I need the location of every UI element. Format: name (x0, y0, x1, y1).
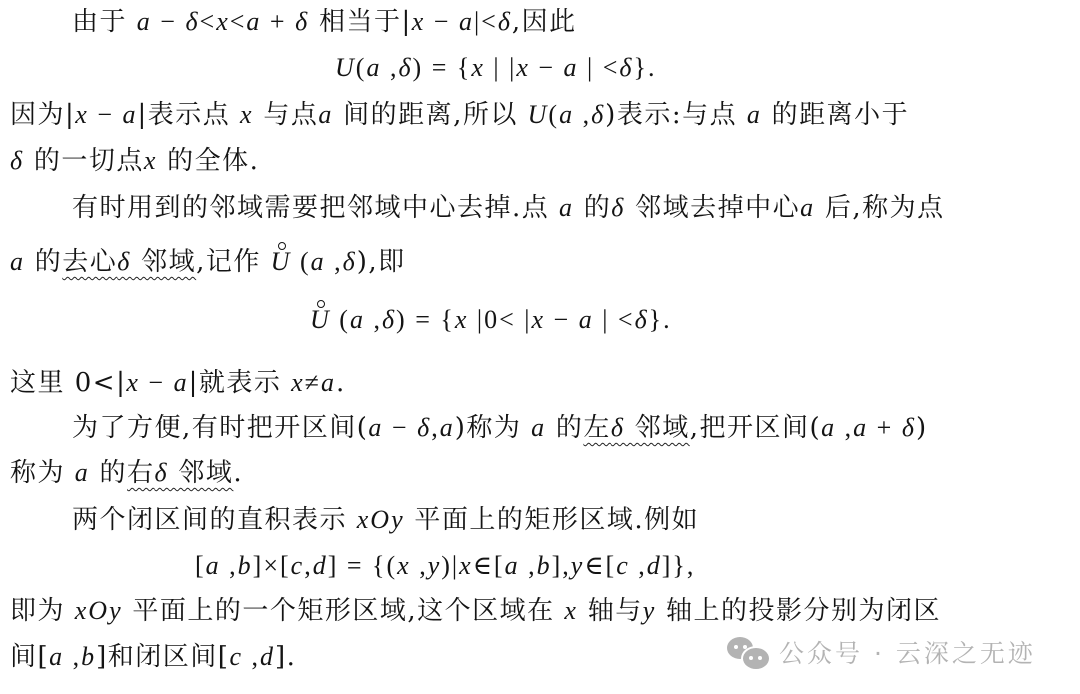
math: [ (195, 551, 206, 580)
math: x (397, 551, 411, 580)
term-left-neighborhood: 左δ 邻域 (583, 413, 689, 443)
math: y (428, 551, 442, 580)
text: |就表示 (189, 368, 292, 398)
math: ) = { (396, 305, 455, 334)
text-line-6: a 的去心δ 邻域,记作 U (a ,δ),即 (10, 245, 406, 279)
math: , (243, 642, 260, 671)
text: 左 (583, 413, 611, 443)
text: 间[ (10, 642, 49, 672)
math: < (200, 7, 217, 36)
math: x (564, 596, 578, 625)
math: x (459, 551, 473, 580)
text-line-1: 由于 a − δ<x<a + δ 相当于|x − a|<δ,因此 (72, 5, 577, 39)
text: |表示点 (137, 100, 240, 130)
math: δ (343, 247, 357, 276)
formula-cartesian-product: [a ,b]×[c,d] = {(x ,y)|x∈[a ,b],y∈[c ,d]… (195, 549, 695, 583)
math: ( (356, 53, 367, 82)
math: d (313, 551, 328, 580)
text: . (233, 458, 243, 488)
math: δ (417, 413, 431, 442)
watermark-text: 公众号 · 云深之无迹 (779, 634, 1036, 670)
text-line-8: 这里 0<|x − a|就表示 x≠a. (10, 366, 346, 400)
text: 的距离小于 (762, 100, 909, 130)
math: ≠ (305, 368, 321, 397)
math: a (10, 247, 25, 276)
math: a (853, 413, 868, 442)
math: a (49, 642, 64, 671)
math: − (383, 413, 417, 442)
math: U (528, 100, 549, 129)
math: x (216, 7, 230, 36)
text: 由于 (72, 7, 137, 37)
text: 即为 (10, 596, 75, 626)
math: }. (649, 305, 672, 334)
text: 邻域去掉中心 (625, 193, 800, 223)
math: x (75, 100, 89, 129)
text: ,记作 (196, 247, 271, 277)
math: δ (619, 53, 633, 82)
math: a (206, 551, 221, 580)
math: a (368, 413, 383, 442)
text: 平面上的矩形区域.例如 (405, 505, 700, 535)
math: δ (10, 146, 24, 175)
math: a (505, 551, 520, 580)
term-deleted-neighborhood: 去心δ 邻域 (62, 247, 196, 277)
math: a (311, 247, 326, 276)
math: a (564, 53, 579, 82)
math-U-ring: U (310, 303, 331, 337)
text-line-13: 即为 xOy 平面上的一个矩形区域,这个区域在 x 轴与y 轴上的投影分别为闭区 (10, 594, 941, 628)
text: ),即 (357, 247, 406, 277)
math: δ (295, 7, 309, 36)
math: < (230, 7, 247, 36)
math: a (318, 100, 333, 129)
math: , (221, 551, 238, 580)
math: , (520, 551, 537, 580)
math: x (516, 53, 530, 82)
math: a (459, 7, 474, 36)
text: . (336, 368, 346, 398)
math: − (140, 368, 174, 397)
formula-neighborhood: U(a ,δ) = {x | |x − a | <δ}. (335, 51, 657, 85)
math: a (75, 458, 90, 487)
text: ,把开区间( (690, 413, 821, 443)
math: ]×[ (253, 551, 291, 580)
math: a (821, 413, 836, 442)
text: 相当于| (309, 7, 412, 37)
math: , (411, 551, 428, 580)
math: | < (579, 53, 620, 82)
math: ( (291, 247, 310, 276)
math: , (836, 413, 853, 442)
text: )表示:与点 (605, 100, 747, 130)
math: − (152, 7, 186, 36)
text: 的一切点 (24, 146, 144, 176)
math: a (559, 193, 574, 222)
math: a (366, 53, 381, 82)
math: | | (485, 53, 516, 82)
math: δ (398, 53, 412, 82)
text: ]. (275, 642, 296, 672)
math: xOy (357, 505, 405, 534)
math: + (868, 413, 902, 442)
math: δ (591, 100, 605, 129)
math: d (647, 551, 662, 580)
text: )称为 (455, 413, 531, 443)
math: }. (634, 53, 657, 82)
math: |0< | (468, 305, 531, 334)
math: − (545, 305, 579, 334)
math: a (122, 100, 137, 129)
text: 平面上的一个矩形区域,这个区域在 (123, 596, 565, 626)
math: a (559, 100, 574, 129)
math: c (616, 551, 630, 580)
math: , (574, 100, 591, 129)
math: ∈[ (473, 551, 505, 580)
math: − (425, 7, 459, 36)
text: 有时用到的邻域需要把邻域中心去掉.点 (72, 193, 559, 223)
wechat-icon (727, 635, 771, 669)
text: 邻域 (131, 247, 196, 277)
math: x (240, 100, 254, 129)
watermark: 公众号 · 云深之无迹 (727, 634, 1036, 670)
text: 后,称为点 (815, 193, 945, 223)
math: a (350, 305, 365, 334)
text: 的 (546, 413, 583, 443)
math: x (126, 368, 140, 397)
math: x (455, 305, 469, 334)
math: , (304, 551, 313, 580)
math: )| (441, 551, 459, 580)
text: 称为 (10, 458, 75, 488)
text-line-10: 称为 a 的右δ 邻域. (10, 456, 243, 490)
math: xOy (75, 596, 123, 625)
math: a (747, 100, 762, 129)
math: δ (382, 305, 396, 334)
math: ( (548, 100, 559, 129)
math: x (531, 305, 545, 334)
text-line-5: 有时用到的邻域需要把邻域中心去掉.点 a 的δ 邻域去掉中心a 后,称为点 (72, 191, 945, 225)
math: ) = { (413, 53, 472, 82)
math: |< (474, 7, 498, 36)
math: δ (902, 413, 916, 442)
math: a (246, 7, 261, 36)
formula-deleted-neighborhood: U (a ,δ) = {x |0< |x − a | <δ}. (310, 303, 672, 337)
math: c (229, 642, 243, 671)
text: 为了方便,有时把开区间( (72, 413, 368, 443)
math: a (531, 413, 546, 442)
math: U (335, 53, 356, 82)
text: ) (916, 413, 928, 443)
math: δ (635, 305, 649, 334)
math: x (471, 53, 485, 82)
math: , (381, 53, 398, 82)
math: a (800, 193, 815, 222)
text: 右 (127, 458, 155, 488)
math: , (431, 413, 440, 442)
math: b (238, 551, 253, 580)
text: 这里 0<| (10, 368, 126, 398)
math: δ (117, 247, 131, 276)
text: 两个闭区间的直积表示 (72, 505, 357, 535)
math: , (630, 551, 647, 580)
math: a (174, 368, 189, 397)
math: c (291, 551, 305, 580)
math: x (412, 7, 426, 36)
math: δ (185, 7, 199, 36)
math: y (643, 596, 657, 625)
math: + (261, 7, 295, 36)
math: , (365, 305, 382, 334)
math: δ (611, 193, 625, 222)
text-line-3: 因为|x − a|表示点 x 与点a 间的距离,所以 U(a ,δ)表示:与点 … (10, 98, 909, 132)
text: ,因此 (512, 7, 577, 37)
math: ], (552, 551, 571, 580)
text-line-9: 为了方便,有时把开区间(a − δ,a)称为 a 的左δ 邻域,把开区间(a ,… (72, 411, 928, 445)
math: x (291, 368, 305, 397)
math: , (64, 642, 81, 671)
text: 的 (90, 458, 127, 488)
text: 因为| (10, 100, 75, 130)
text: ]和闭区间[ (96, 642, 229, 672)
math: ] = {( (328, 551, 397, 580)
math: ( (331, 305, 350, 334)
math: x (144, 146, 158, 175)
math: , (326, 247, 343, 276)
text: 轴与 (578, 596, 643, 626)
text: 间的距离,所以 (333, 100, 527, 130)
math: − (530, 53, 564, 82)
text-line-11: 两个闭区间的直积表示 xOy 平面上的矩形区域.例如 (72, 503, 699, 537)
text: 轴上的投影分别为闭区 (656, 596, 941, 626)
math-U-ring: U (271, 245, 292, 279)
math: y (571, 551, 585, 580)
text: 去心 (62, 247, 117, 277)
math: δ (611, 413, 625, 442)
math: δ (155, 458, 169, 487)
text-line-14: 间[a ,b]和闭区间[c ,d]. (10, 640, 296, 674)
math: ∈[ (584, 551, 616, 580)
math: a (579, 305, 594, 334)
math: a (321, 368, 336, 397)
text-line-4: δ 的一切点x 的全体. (10, 144, 259, 178)
math: a (440, 413, 455, 442)
text: 的 (25, 247, 62, 277)
text: 的全体. (157, 146, 259, 176)
math: b (537, 551, 552, 580)
term-right-neighborhood: 右δ 邻域 (127, 458, 233, 488)
math: | < (594, 305, 635, 334)
text: 邻域 (169, 458, 234, 488)
math: d (260, 642, 275, 671)
math: − (89, 100, 123, 129)
text: 的 (574, 193, 611, 223)
math: ]}, (662, 551, 696, 580)
math: a (137, 7, 152, 36)
math: b (81, 642, 96, 671)
math: δ (498, 7, 512, 36)
text: 与点 (254, 100, 319, 130)
text: 邻域 (625, 413, 690, 443)
